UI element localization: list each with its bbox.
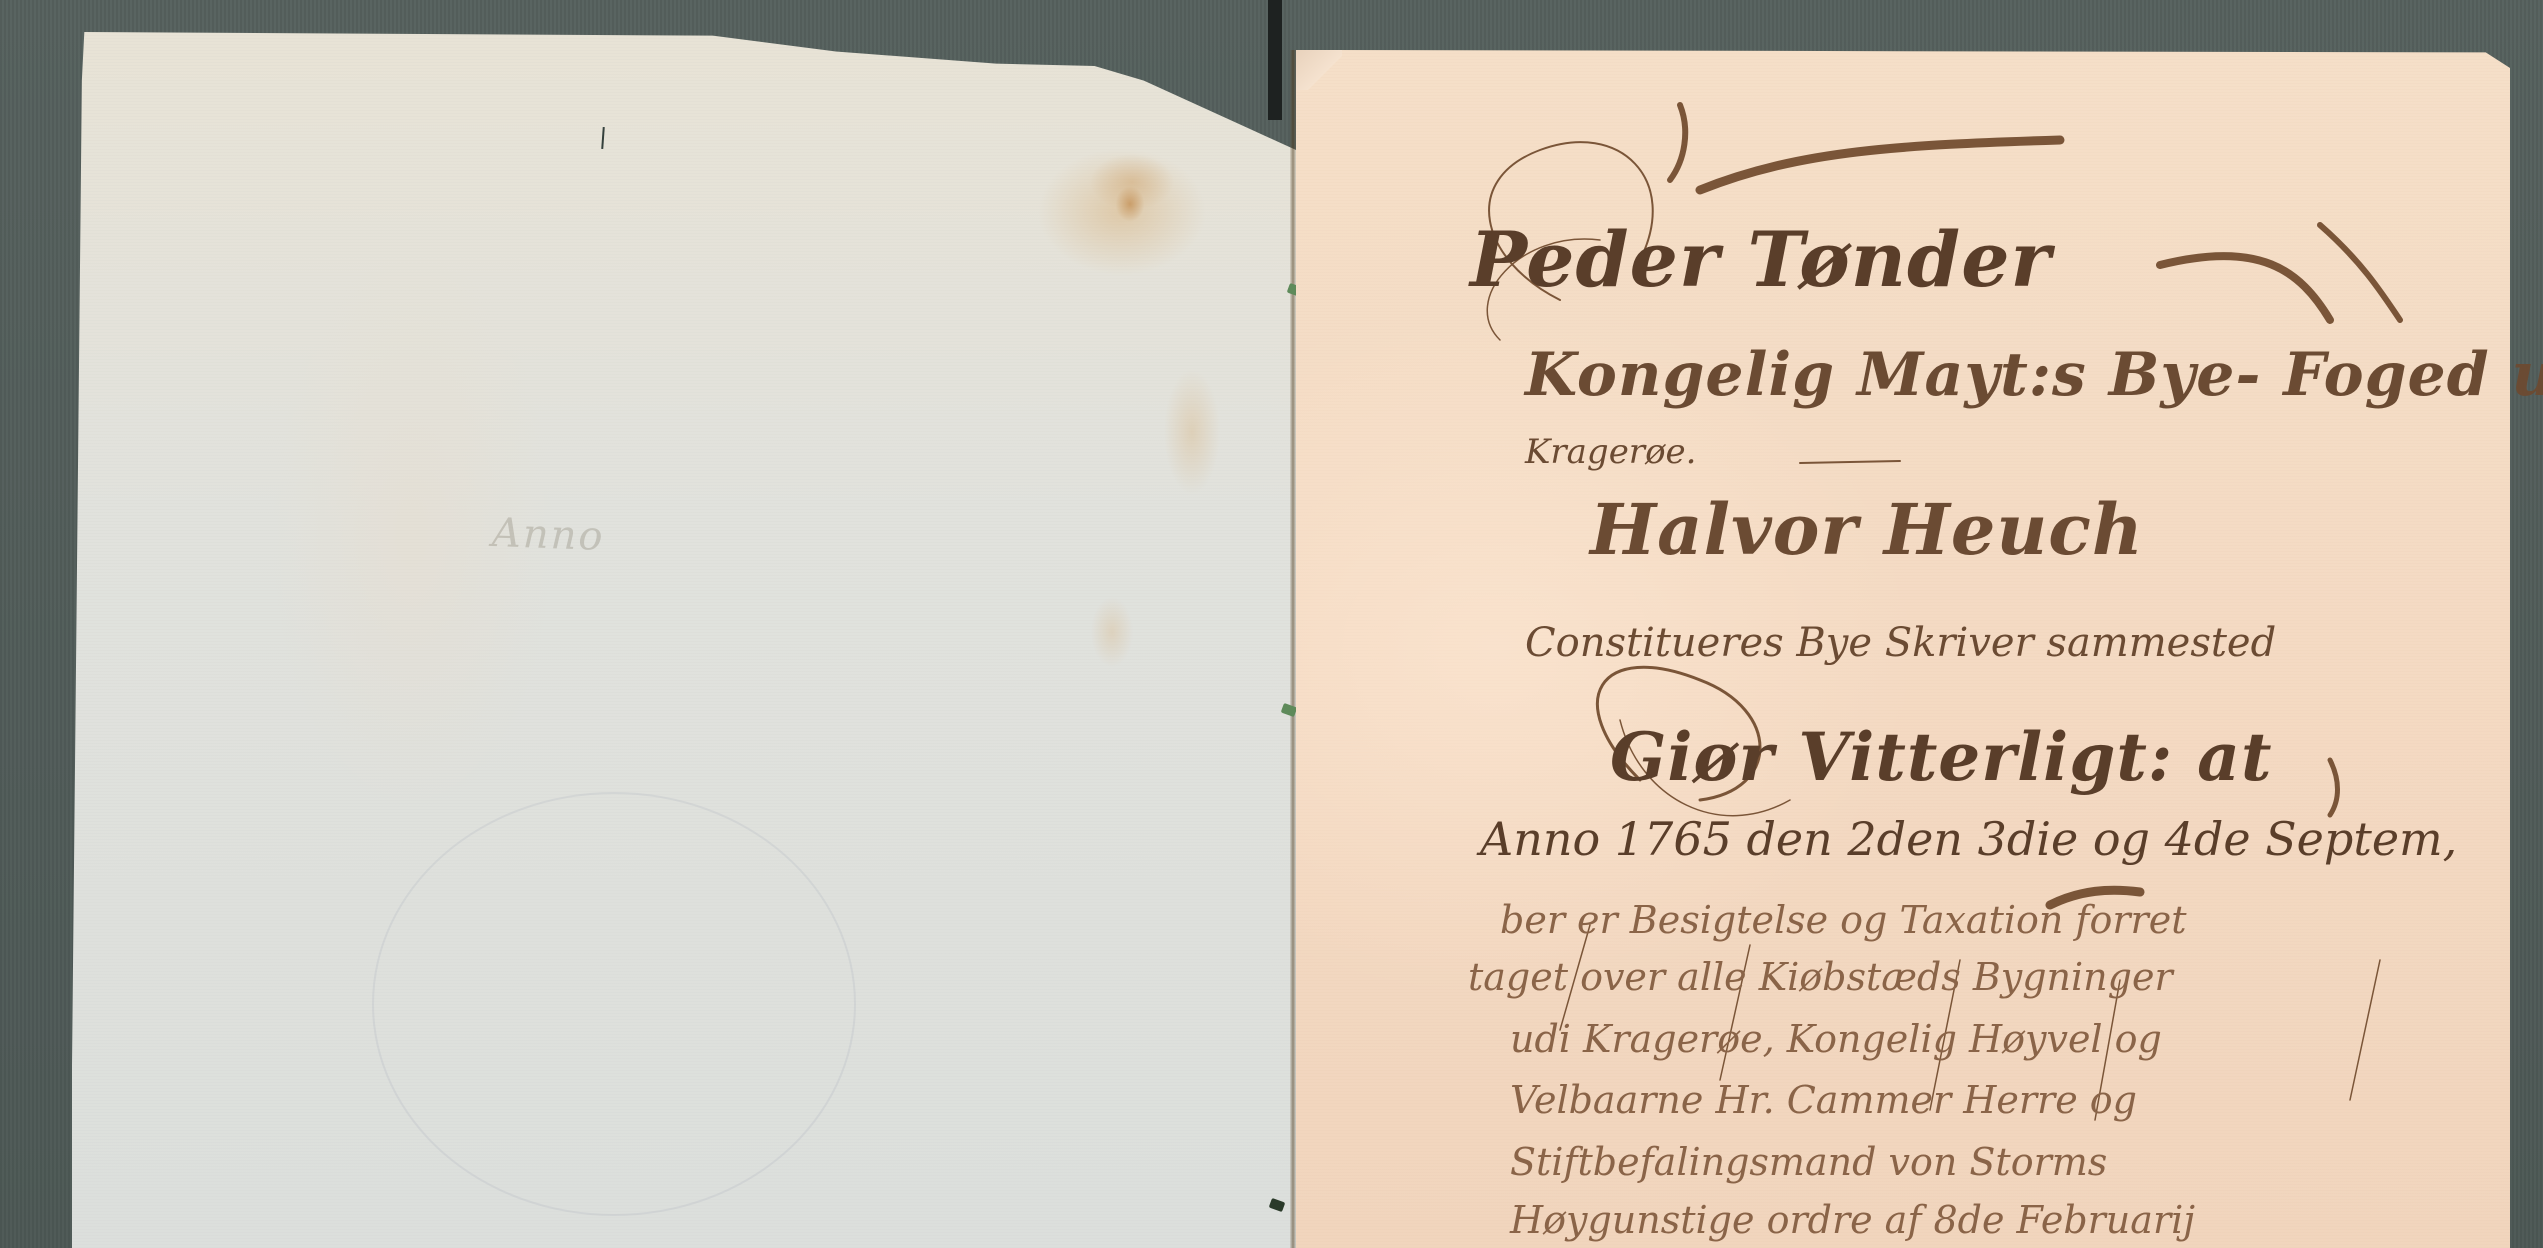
manuscript-line-title-byfoged: Kongelig Mayt:s Bye- Foged udi xyxy=(1525,340,2543,410)
binding-gutter xyxy=(1268,0,1282,120)
manuscript-line-ordre-februarij: Høygunstige ordre af 8de Februarij xyxy=(1510,1198,2195,1242)
manuscript-line-kragerøe: Kragerøe. xyxy=(1525,432,1696,472)
folded-corner xyxy=(1296,50,1342,90)
manuscript-line-constitueres: Constitueres Bye Skriver sammested xyxy=(1525,620,2276,666)
manuscript-scan: Anno xyxy=(0,0,2543,1248)
left-page-pen-mark xyxy=(601,127,605,149)
manuscript-line-besigtelse: ber er Besigtelse og Taxation forret xyxy=(1500,898,2186,942)
manuscript-line-gior-vitterligt: Giør Vitterligt: at xyxy=(1610,718,2272,796)
manuscript-line-kiobstaeds: taget over alle Kiøbstæds Bygninger xyxy=(1468,955,2173,999)
manuscript-line-udi-kragerøe: udi Kragerøe, Kongelig Høyvel og xyxy=(1510,1017,2162,1061)
manuscript-line-anno-1765: Anno 1765 den 2den 3die og 4de Septem, xyxy=(1480,812,2457,866)
manuscript-line-stiftbefalingsmand: Stiftbefalingsmand von Storms xyxy=(1510,1140,2107,1184)
left-page-verso: Anno xyxy=(72,32,1304,1248)
manuscript-line-name-peder-tonder: Peder Tønder xyxy=(1470,215,2052,304)
paper-watermark xyxy=(372,792,856,1216)
manuscript-line-velbaarne: Velbaarne Hr. Cammer Herre og xyxy=(1510,1078,2137,1122)
spine-fold xyxy=(1290,50,1296,1248)
bleed-through-text: Anno xyxy=(491,510,605,560)
manuscript-line-name-halvor-heuch: Halvor Heuch xyxy=(1590,488,2144,571)
